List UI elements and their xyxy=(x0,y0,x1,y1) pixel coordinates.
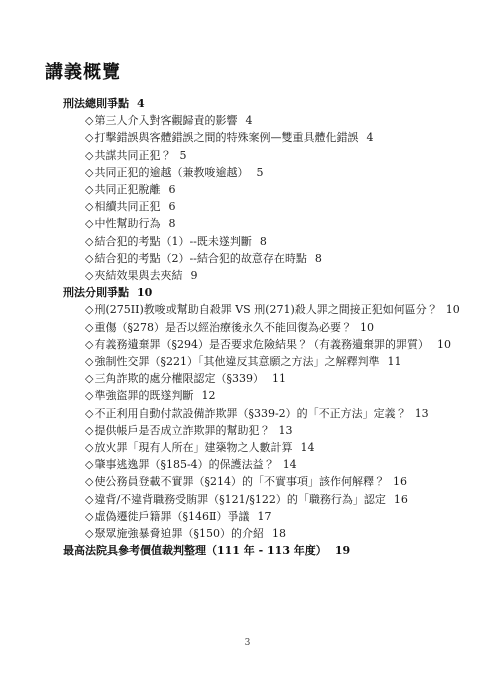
toc-item-page: 10 xyxy=(446,303,460,316)
toc-item-row: ◇共同正犯脫離6 xyxy=(63,181,475,198)
diamond-bullet-icon: ◇ xyxy=(85,473,93,490)
diamond-bullet-icon: ◇ xyxy=(85,370,93,387)
toc-item-label: 共同正犯的逾越（兼教唆逾越） xyxy=(94,166,248,179)
diamond-bullet-icon: ◇ xyxy=(85,456,93,473)
toc-item-page: 10 xyxy=(437,338,451,351)
toc-item-row: ◇第三人介入對客觀歸責的影響4 xyxy=(63,112,475,129)
diamond-bullet-icon: ◇ xyxy=(85,250,93,267)
toc-item-row: ◇放火罪「現有人所在」建築物之人數計算14 xyxy=(63,439,475,456)
toc-item-page: 10 xyxy=(360,321,374,334)
toc-item-page: 4 xyxy=(245,114,252,127)
toc-item-label: 刑(275II)教唆或幫助自殺罪 VS 刑(271)殺人罪之間接正犯如何區分？ xyxy=(94,303,437,316)
toc-item-page: 14 xyxy=(283,458,297,471)
toc-section-page: 19 xyxy=(335,544,350,557)
toc-item-row: ◇不正利用自動付款設備詐欺罪（§339-2）的「不正方法」定義？13 xyxy=(63,405,475,422)
toc-section-heading: 刑法分則爭點10 xyxy=(63,284,475,301)
diamond-bullet-icon: ◇ xyxy=(85,336,93,353)
toc-item-row: ◇結合犯的考點（2）--結合犯的故意存在時點8 xyxy=(63,250,475,267)
toc-item-label: 相續共同正犯 xyxy=(94,200,160,213)
toc-item-label: 違背/不違背職務受賄罪（§121/§122）的「職務行為」認定 xyxy=(94,493,385,506)
toc-item-page: 11 xyxy=(387,355,401,368)
toc-item-row: ◇違背/不違背職務受賄罪（§121/§122）的「職務行為」認定16 xyxy=(63,491,475,508)
toc-section-title: 最高法院具參考價值裁判整理（111 年 - 113 年度） xyxy=(63,544,327,557)
toc-item-page: 9 xyxy=(190,269,197,282)
toc-item-label: 共同正犯脫離 xyxy=(94,183,160,196)
diamond-bullet-icon: ◇ xyxy=(85,422,93,439)
diamond-bullet-icon: ◇ xyxy=(85,233,93,250)
diamond-bullet-icon: ◇ xyxy=(85,353,93,370)
toc-item-label: 中性幫助行為 xyxy=(94,217,160,230)
toc-item-page: 13 xyxy=(278,424,292,437)
toc-section-heading: 最高法院具參考價值裁判整理（111 年 - 113 年度）19 xyxy=(63,542,475,559)
toc-section-title: 刑法分則爭點 xyxy=(63,286,129,299)
diamond-bullet-icon: ◇ xyxy=(85,491,93,508)
toc-section-page: 10 xyxy=(137,286,152,299)
toc-item-page: 4 xyxy=(366,131,373,144)
diamond-bullet-icon: ◇ xyxy=(85,439,93,456)
toc-item-row: ◇有義務遺棄罪（§294）是否要求危險結果？（有義務遺棄罪的罪質）10 xyxy=(63,336,475,353)
diamond-bullet-icon: ◇ xyxy=(85,147,93,164)
diamond-bullet-icon: ◇ xyxy=(85,387,93,404)
toc-item-row: ◇共同正犯的逾越（兼教唆逾越）5 xyxy=(63,164,475,181)
toc-item-row: ◇共謀共同正犯？5 xyxy=(63,147,475,164)
toc-item-label: 提供帳戶是否成立詐欺罪的幫助犯？ xyxy=(94,424,270,437)
diamond-bullet-icon: ◇ xyxy=(85,129,93,146)
toc-item-label: 第三人介入對客觀歸責的影響 xyxy=(94,114,237,127)
toc-item-row: ◇中性幫助行為8 xyxy=(63,215,475,232)
toc-item-page: 5 xyxy=(179,149,186,162)
toc-item-page: 6 xyxy=(168,200,175,213)
toc-item-page: 8 xyxy=(168,217,175,230)
toc-item-row: ◇虛偽遷徙戶籍罪（§146Ⅱ）爭議17 xyxy=(63,508,475,525)
toc-item-label: 放火罪「現有人所在」建築物之人數計算 xyxy=(94,441,292,454)
diamond-bullet-icon: ◇ xyxy=(85,405,93,422)
diamond-bullet-icon: ◇ xyxy=(85,112,93,129)
toc-item-label: 三角詐欺的處分權限認定（§339） xyxy=(94,372,264,385)
toc-item-page: 6 xyxy=(168,183,175,196)
diamond-bullet-icon: ◇ xyxy=(85,508,93,525)
toc-item-row: ◇三角詐欺的處分權限認定（§339）11 xyxy=(63,370,475,387)
toc-item-page: 14 xyxy=(300,441,314,454)
toc-item-label: 夾結效果與去夾結 xyxy=(94,269,182,282)
toc-item-page: 12 xyxy=(201,389,215,402)
page-number: 3 xyxy=(0,638,495,648)
page-title: 講義概覽 xyxy=(45,58,121,84)
toc-section-page: 4 xyxy=(137,97,145,110)
toc-item-page: 16 xyxy=(394,493,408,506)
diamond-bullet-icon: ◇ xyxy=(85,319,93,336)
diamond-bullet-icon: ◇ xyxy=(85,525,93,542)
toc-item-page: 5 xyxy=(256,166,263,179)
toc-item-label: 共謀共同正犯？ xyxy=(94,149,171,162)
toc-item-label: 肇事逃逸罪（§185-4）的保護法益？ xyxy=(94,458,274,471)
toc: 刑法總則爭點4◇第三人介入對客觀歸責的影響4◇打擊錯誤與客體錯誤之間的特殊案例—… xyxy=(63,95,475,559)
toc-item-label: 不正利用自動付款設備詐欺罪（§339-2）的「不正方法」定義？ xyxy=(94,407,406,420)
toc-section-heading: 刑法總則爭點4 xyxy=(63,95,475,112)
diamond-bullet-icon: ◇ xyxy=(85,164,93,181)
toc-item-row: ◇強制性交罪（§221）「其他違反其意願之方法」之解釋判準11 xyxy=(63,353,475,370)
toc-item-label: 使公務員登載不實罪（§214）的「不實事項」該作何解釋？ xyxy=(94,475,385,488)
toc-item-row: ◇聚眾施強暴脅迫罪（§150）的介紹18 xyxy=(63,525,475,542)
toc-item-label: 強制性交罪（§221）「其他違反其意願之方法」之解釋判準 xyxy=(94,355,379,368)
toc-item-label: 結合犯的考點（1）--既未遂判斷 xyxy=(94,235,251,248)
toc-item-label: 聚眾施強暴脅迫罪（§150）的介紹 xyxy=(94,527,264,540)
toc-item-page: 11 xyxy=(272,372,286,385)
toc-item-row: ◇提供帳戶是否成立詐欺罪的幫助犯？13 xyxy=(63,422,475,439)
diamond-bullet-icon: ◇ xyxy=(85,215,93,232)
toc-item-label: 虛偽遷徙戶籍罪（§146Ⅱ）爭議 xyxy=(94,510,249,523)
diamond-bullet-icon: ◇ xyxy=(85,181,93,198)
toc-item-page: 8 xyxy=(260,235,267,248)
toc-item-row: ◇刑(275II)教唆或幫助自殺罪 VS 刑(271)殺人罪之間接正犯如何區分？… xyxy=(63,301,475,318)
diamond-bullet-icon: ◇ xyxy=(85,301,93,318)
toc-item-page: 16 xyxy=(393,475,407,488)
toc-item-row: ◇相續共同正犯6 xyxy=(63,198,475,215)
toc-item-row: ◇夾結效果與去夾結9 xyxy=(63,267,475,284)
toc-item-label: 有義務遺棄罪（§294）是否要求危險結果？（有義務遺棄罪的罪質） xyxy=(94,338,429,351)
toc-item-row: ◇肇事逃逸罪（§185-4）的保護法益？14 xyxy=(63,456,475,473)
toc-item-row: ◇準強盜罪的既遂判斷12 xyxy=(63,387,475,404)
toc-item-row: ◇使公務員登載不實罪（§214）的「不實事項」該作何解釋？16 xyxy=(63,473,475,490)
diamond-bullet-icon: ◇ xyxy=(85,198,93,215)
toc-item-row: ◇打擊錯誤與客體錯誤之間的特殊案例—雙重具體化錯誤4 xyxy=(63,129,475,146)
toc-item-label: 打擊錯誤與客體錯誤之間的特殊案例—雙重具體化錯誤 xyxy=(94,131,358,144)
toc-item-label: 結合犯的考點（2）--結合犯的故意存在時點 xyxy=(94,252,306,265)
toc-item-page: 18 xyxy=(272,527,286,540)
diamond-bullet-icon: ◇ xyxy=(85,267,93,284)
toc-item-row: ◇結合犯的考點（1）--既未遂判斷8 xyxy=(63,233,475,250)
toc-item-page: 13 xyxy=(415,407,429,420)
toc-item-page: 8 xyxy=(315,252,322,265)
toc-item-page: 17 xyxy=(257,510,271,523)
toc-item-label: 準強盜罪的既遂判斷 xyxy=(94,389,193,402)
toc-item-row: ◇重傷（§278）是否以經治療後永久不能回復為必要？10 xyxy=(63,319,475,336)
toc-section-title: 刑法總則爭點 xyxy=(63,97,129,110)
toc-item-label: 重傷（§278）是否以經治療後永久不能回復為必要？ xyxy=(94,321,352,334)
